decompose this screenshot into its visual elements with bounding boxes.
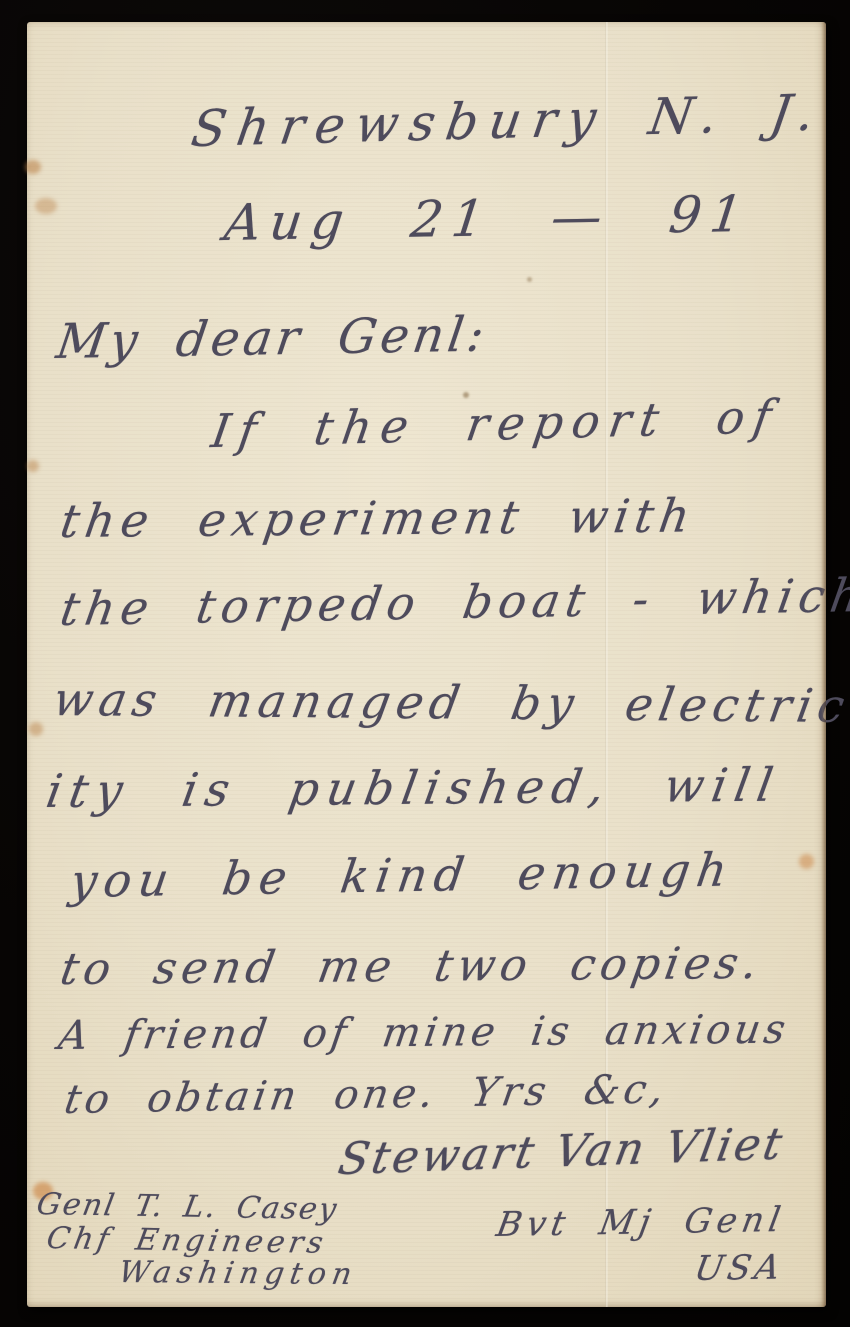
foxing-stain: [29, 722, 43, 736]
foxing-stain: [35, 198, 57, 214]
foxing-stain: [799, 854, 814, 869]
body-line-6: you be kind enough: [68, 846, 737, 904]
photo-background: Shrewsbury N. J. Aug 21 — 91 My dear Gen…: [0, 0, 850, 1327]
foxing-stain: [25, 160, 41, 174]
salutation: My dear Genl:: [54, 310, 491, 366]
date-line: Aug 21 — 91: [222, 189, 754, 248]
body-line-3: the torpedo boat - which: [57, 572, 850, 632]
body-line-9: to obtain one. Yrs &c,: [62, 1069, 670, 1120]
place-line: Shrewsbury N. J.: [188, 87, 828, 154]
body-line-4: was managed by electric-: [50, 676, 850, 729]
body-line-7: to send me two copies.: [57, 942, 765, 992]
signature: Stewart Van Vliet: [335, 1122, 788, 1182]
body-line-5: ity is published, will: [43, 762, 784, 814]
signature-org: USA: [692, 1250, 787, 1286]
body-line-8: A friend of mine is anxious: [56, 1010, 792, 1056]
body-line-2: the experiment with: [58, 492, 699, 544]
addressee-title: Chf Engineers: [44, 1224, 329, 1259]
page-edge: [821, 22, 826, 1307]
letter-paper: Shrewsbury N. J. Aug 21 — 91 My dear Gen…: [27, 22, 826, 1307]
body-line-1: If the report of: [209, 393, 784, 454]
foxing-stain: [27, 460, 39, 472]
addressee-place: Washington: [116, 1258, 359, 1290]
addressee-name: Genl T. L. Casey: [34, 1190, 340, 1225]
signature-rank: Bvt Mj Genl: [494, 1203, 788, 1242]
paper-speck: [527, 277, 532, 282]
